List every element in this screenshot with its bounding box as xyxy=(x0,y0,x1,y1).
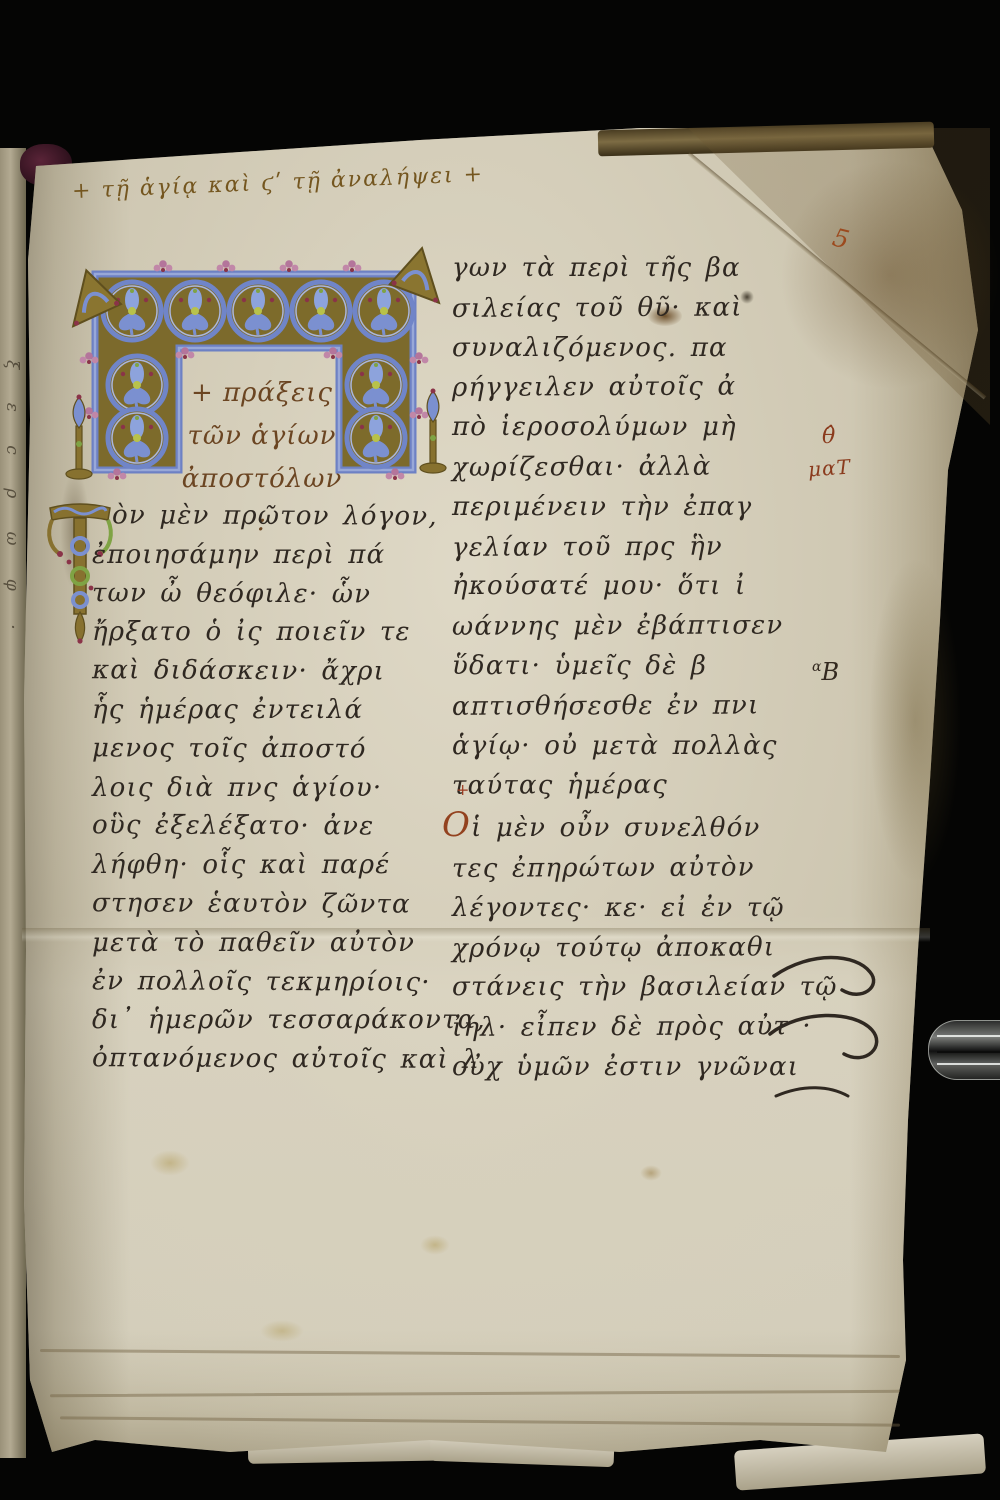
page-holder-rod xyxy=(928,1020,1000,1080)
text-line: των ὦ θεόφιλε· ὧν xyxy=(92,574,442,614)
text-line: ἤρξατο ὁ ἰς ποιεῖν τε xyxy=(92,613,442,652)
text-line: καὶ διδάσκειν· ἄχρι xyxy=(92,651,442,691)
beta-letter: Β xyxy=(821,658,839,686)
text-line: ωάννης μὲν ἐβάπτισεν xyxy=(452,606,832,647)
text-line: σιλείας τοῦ θῦ· καὶ xyxy=(452,288,832,329)
text-line: οὓς ἐξελέξατο· ἀνε xyxy=(92,807,442,847)
text-line: ἁγίῳ· οὐ μετὰ πολλὰς xyxy=(452,727,832,767)
text-line: ταύτας ἡμέρας xyxy=(452,766,832,807)
text-line: λέγοντες· κε· εἰ ἐν τῷ xyxy=(452,889,832,929)
margin-note-mat: μαΤ xyxy=(807,455,851,482)
text-line: περιμένειν τὴν ἐπαγ xyxy=(452,488,832,528)
text-line: τες ἐπηρώτων αὐτὸν xyxy=(452,848,832,889)
rubric-cross: + xyxy=(456,780,469,799)
gutter-ghost-text: ξ ε ϲ ρ ω φ · xyxy=(2,360,22,920)
text-column-left: ὸν μὲν πρῶτον λόγον, ἐποιησάμην περὶ πά … xyxy=(92,497,442,1079)
text-line: Οἱ μὲν οὖν συνελθόν xyxy=(442,806,832,849)
text-line: λήφθη· οἷς καὶ παρέ xyxy=(92,846,442,885)
text-line: ἐποιησάμην περὶ πά xyxy=(92,536,442,575)
text-line: στησεν ἑαυτὸν ζῶντα xyxy=(92,884,442,924)
manuscript-photo: { "page": { "folio_number": "5", "header… xyxy=(0,0,1000,1500)
text-line: συναλιζόμενος. πα xyxy=(452,329,832,369)
text-line: ἧς ἡμέρας ἐντειλά xyxy=(92,691,442,730)
text-line: γελίαν τοῦ πρς ἣν xyxy=(452,527,832,568)
text-line: ὸν μὲν πρῶτον λόγον, xyxy=(92,496,442,536)
text-line: πὸ ἱεροσολύμων μὴ xyxy=(452,408,832,448)
pen-flourish xyxy=(768,946,898,1116)
text-line: ρήγγειλεν αὐτοῖς ἀ xyxy=(452,368,832,409)
text-line: μενος τοῖς ἀποστό xyxy=(92,729,442,769)
text-line: ἠκούσατέ μου· ὅτι ἰ xyxy=(452,567,832,607)
text-line: χωρίζεσθαι· ἀλλὰ xyxy=(452,447,832,488)
text-line: ἐν πολλοῖς τεκμηρίοις· xyxy=(92,962,442,1002)
text-line: απτισθήσεσθε ἐν πνι xyxy=(452,686,832,727)
title-line: + πράξεις xyxy=(178,372,346,415)
title-line: τῶν ἁγίων xyxy=(178,415,346,458)
text-line: ὕδατι· ὑμεῖς δὲ β xyxy=(452,647,832,687)
margin-note-theta: θ̂ xyxy=(822,424,835,449)
text-line: ὀπτανόμενος αὐτοῖς καὶ λ xyxy=(92,1039,442,1079)
text-line: γων τὰ περὶ τῆς βα xyxy=(452,249,832,289)
margin-note-beta: αΒ xyxy=(812,658,839,686)
text-line: λοις διὰ πνς ἁγίου· xyxy=(92,769,442,808)
text-line: μετὰ τὸ παθεῖν αὐτὸν xyxy=(92,924,442,963)
text-line: δι᾽ ἡμερῶν τεσσαράκοντα, xyxy=(92,1001,442,1040)
